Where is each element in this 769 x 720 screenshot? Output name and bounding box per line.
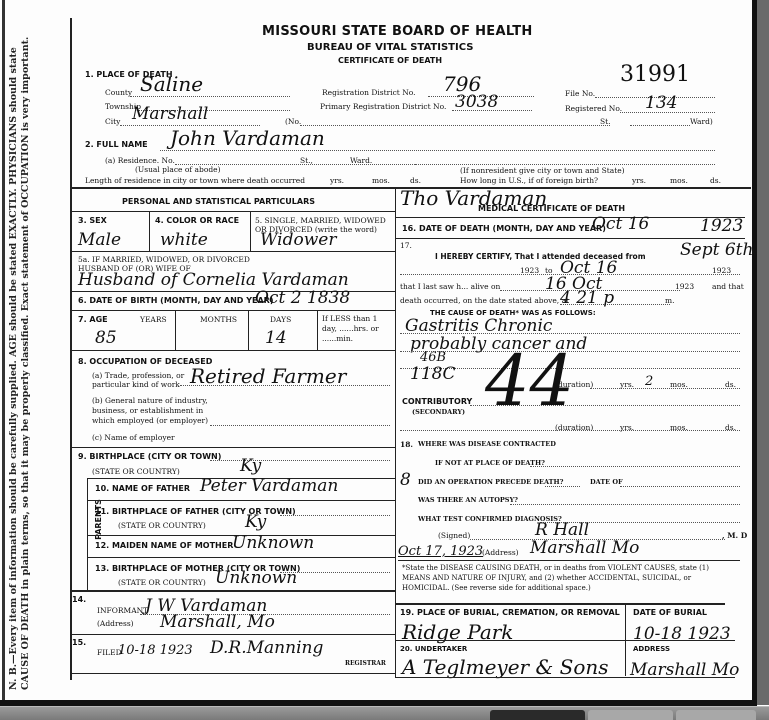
burial-date: 10-18 1923 xyxy=(633,624,731,644)
cause-code-2: 118C xyxy=(410,364,455,384)
sex-value: Male xyxy=(78,230,121,250)
registrar-signature: D.R.Manning xyxy=(210,638,323,658)
bureau-title: BUREAU OF VITAL STATISTICS xyxy=(307,42,473,53)
toolbar-tab-3[interactable] xyxy=(676,710,756,720)
father-birthplace-value: Ky xyxy=(245,512,266,532)
time-of-death: 4 21 p xyxy=(560,288,614,308)
personal-section-title: PERSONAL AND STATISTICAL PARTICULARS xyxy=(122,197,315,206)
parents-side-label: PARENTS xyxy=(94,499,103,540)
undertaker-value: A Teglmeyer & Sons xyxy=(402,655,609,679)
filed-date: 10-18 1923 xyxy=(118,643,193,658)
informant-address: Marshall, Mo xyxy=(160,612,275,632)
cause-code-1: 46B xyxy=(420,350,446,365)
city-label: City xyxy=(105,117,120,126)
birthplace-value: Ky xyxy=(240,456,261,476)
mother-birthplace-value: Unknown xyxy=(215,568,297,588)
full-name-value: John Vardaman xyxy=(170,126,325,150)
file-number: 31991 xyxy=(620,62,690,87)
cause-footnote: *State the DISEASE CAUSING DEATH, or in … xyxy=(402,563,732,593)
file-no-label: File No. xyxy=(565,89,595,98)
form-left-border xyxy=(70,18,72,680)
board-title: MISSOURI STATE BOARD OF HEALTH xyxy=(262,24,533,39)
physician-signature: R Hall xyxy=(535,520,589,540)
county-value: Saline xyxy=(140,72,203,96)
viewer-toolbar xyxy=(0,706,769,720)
date-of-death-year: 1923 xyxy=(700,216,743,236)
attended-from: Sept 6th xyxy=(680,240,753,260)
mother-value: Unknown xyxy=(232,533,314,553)
occupation-value: Retired Farmer xyxy=(190,364,346,388)
primary-registration-value: 3038 xyxy=(455,92,498,112)
father-value: Peter Vardaman xyxy=(200,476,338,496)
medical-section-title: MEDICAL CERTIFICATE OF DEATH xyxy=(478,204,625,213)
certificate-title: CERTIFICATE OF DEATH xyxy=(338,56,442,65)
city-value: Marshall xyxy=(132,104,208,124)
primary-registration-label: Primary Registration District No. xyxy=(320,102,446,111)
signature-date: Oct 17, 1923 xyxy=(398,544,483,559)
county-label: County xyxy=(105,88,132,97)
spouse-value: Husband of Cornelia Vardaman xyxy=(78,270,349,290)
registration-district-label: Registration District No. xyxy=(322,88,416,97)
toolbar-tab-active[interactable] xyxy=(490,710,585,720)
page-edge xyxy=(2,0,5,700)
age-days: 14 xyxy=(265,328,287,348)
duration-months: 2 xyxy=(645,374,653,389)
registered-no-label: Registered No. xyxy=(565,104,622,113)
full-name-label: 2. FULL NAME xyxy=(85,140,148,149)
toolbar-tab-2[interactable] xyxy=(588,710,673,720)
registered-no-value: 134 xyxy=(645,93,677,113)
certificate-page: N. B.—Every item of information should b… xyxy=(0,0,769,704)
margin-instructions: N. B.—Every item of information should b… xyxy=(8,10,32,690)
race-value: white xyxy=(160,230,208,250)
age-years: 85 xyxy=(95,328,117,348)
physician-address: Marshall Mo xyxy=(530,538,639,558)
viewer-scroll-track[interactable] xyxy=(757,0,769,705)
marital-value: Widower xyxy=(260,230,336,250)
date-of-death: Oct 16 xyxy=(592,214,649,234)
dob-value: Oct 2 1838 xyxy=(255,288,350,308)
